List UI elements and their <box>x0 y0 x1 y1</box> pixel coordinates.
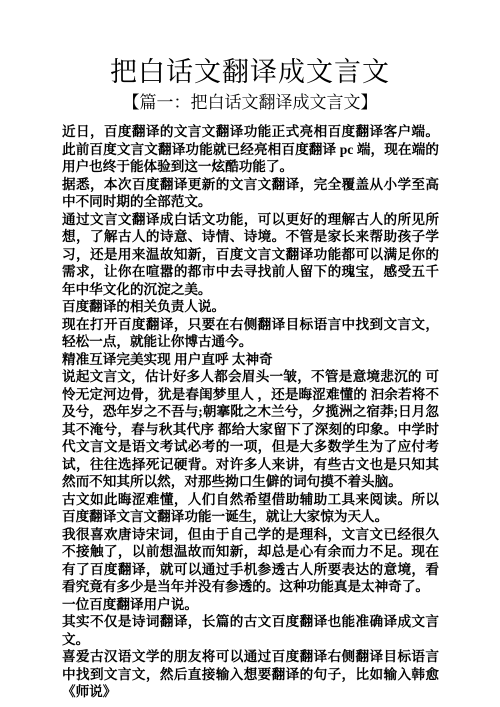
paragraph: 说起文言文，估计好多人都会眉头一皱，不管是意境悲沉的 可怜无定河边骨，犹是春闺梦… <box>62 368 439 491</box>
paragraph: 古文如此晦涩难懂，人们自然希望借助辅助工具来阅读。所以百度翻译文言文翻译功能一诞… <box>62 491 439 526</box>
paragraph: 百度翻译的相关负责人说。 <box>62 298 439 316</box>
paragraph: 通过文言文翻译成白话文功能，可以更好的理解古人的所见所想，了解古人的诗意、诗情、… <box>62 211 439 299</box>
page-subtitle: 【篇一：把白话文翻译成文言文】 <box>0 91 500 114</box>
paragraph: 据悉，本次百度翻译更新的文言文翻译，完全覆盖从小学至高中不同时期的全部范文。 <box>62 176 439 211</box>
page-title: 把白话文翻译成文言文 <box>0 56 500 89</box>
paragraph: 其实不仅是诗词翻译，长篇的古文百度翻译也能准确译成文言文。 <box>62 613 439 648</box>
paragraph: 精准互译完美实现 用户直呼 太神奇 <box>62 351 439 369</box>
paragraph: 我很喜欢唐诗宋词，但由于自己学的是理科，文言文已经很久不接触了，以前想温故而知新… <box>62 526 439 596</box>
document-body: 近日，百度翻译的文言文翻译功能正式亮相百度翻译客户端。此前百度文言文翻译功能就已… <box>62 123 439 701</box>
paragraph: 一位百度翻译用户说。 <box>62 596 439 614</box>
paragraph: 近日，百度翻译的文言文翻译功能正式亮相百度翻译客户端。此前百度文言文翻译功能就已… <box>62 123 439 176</box>
paragraph: 喜爱古汉语文学的朋友将可以通过百度翻译右侧翻译目标语言中找到文言文，然后直接输入… <box>62 648 439 701</box>
document-page: 把白话文翻译成文言文 【篇一：把白话文翻译成文言文】 近日，百度翻译的文言文翻译… <box>0 0 500 707</box>
paragraph: 现在打开百度翻译，只要在右侧翻译目标语言中找到文言文，轻松一点，就能让你博古通今… <box>62 316 439 351</box>
